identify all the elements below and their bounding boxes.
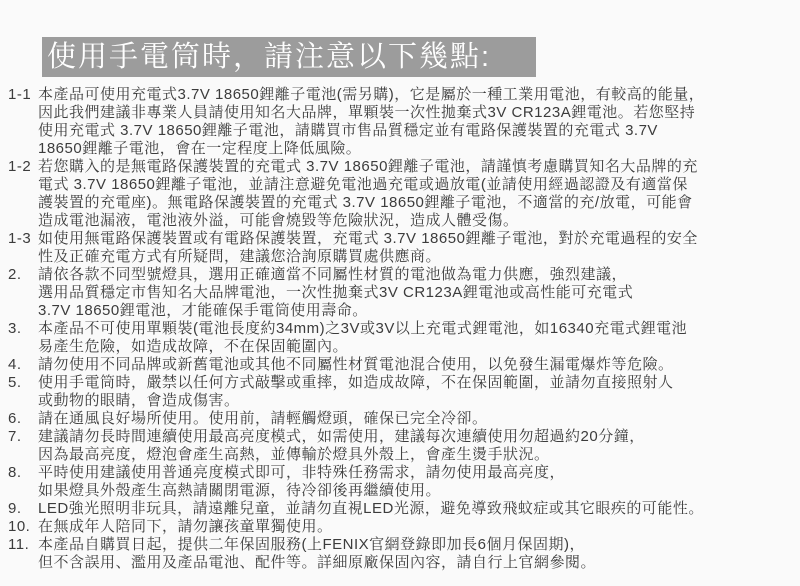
list-item: 11. 本產品自購買日起，提供二年保固服務(上FENIX官網登錄即加長6個月保固…: [0, 536, 800, 572]
list-item-text: 請勿使用不同品牌或新舊電池或其他不同屬性材質電池混合使用，以免發生漏電爆炸等危險…: [38, 356, 800, 374]
list-item: 7. 建議請勿長時間連續使用最高亮度模式，如需使用，建議每次連續使用勿超過約20…: [0, 428, 800, 464]
list-item-number: 7.: [8, 428, 38, 446]
list-item-text: 平時使用建議使用普通亮度模式即可，非特殊任務需求，請勿使用最高亮度， 如果燈具外…: [38, 464, 800, 500]
list-item: 6. 請在通風良好場所使用。使用前，請輕觸燈頭，確保已完全冷卻。: [0, 410, 800, 428]
list-item-number: 2.: [8, 266, 38, 284]
list-item-text: 在無成年人陪同下，請勿讓孩童單獨使用。: [38, 518, 800, 536]
list-item: 3. 本產品不可使用單顆裝(電池長度約34mm)之3V或3V以上充電式鋰電池，如…: [0, 320, 800, 356]
list-item-number: 3.: [8, 320, 38, 338]
list-item-text: 使用手電筒時，嚴禁以任何方式敲擊或重摔，如造成故障，不在保固範圍，並請勿直接照射…: [38, 374, 800, 410]
page-title: 使用手電筒時，請注意以下幾點:: [42, 37, 536, 77]
list-item-text: 若您購入的是無電路保護裝置的充電式 3.7V 18650鋰離子電池，請謹慎考慮購…: [38, 158, 800, 230]
list-item: 1-1 本產品可使用充電式3.7V 18650鋰離子電池(需另購)，它是屬於一種…: [0, 86, 800, 158]
document-page: 使用手電筒時，請注意以下幾點: 1-1 本產品可使用充電式3.7V 18650鋰…: [0, 0, 800, 586]
list-item: 1-2 若您購入的是無電路保護裝置的充電式 3.7V 18650鋰離子電池，請謹…: [0, 158, 800, 230]
list-item-text: 建議請勿長時間連續使用最高亮度模式，如需使用，建議每次連續使用勿超過約20分鐘，…: [38, 428, 800, 464]
list-item: 9. LED強光照明非玩具，請遠離兒童，並請勿直視LED光源，避免導致飛蚊症或其…: [0, 500, 800, 518]
list-item-text: 本產品可使用充電式3.7V 18650鋰離子電池(需另購)，它是屬於一種工業用電…: [38, 86, 800, 158]
list-item-text: 本產品自購買日起，提供二年保固服務(上FENIX官網登錄即加長6個月保固期)， …: [38, 536, 800, 572]
notice-list: 1-1 本產品可使用充電式3.7V 18650鋰離子電池(需另購)，它是屬於一種…: [0, 86, 800, 572]
list-item-text: 請依各款不同型號燈具，選用正確適當不同屬性材質的電池做為電力供應，強烈建議， 選…: [38, 266, 800, 320]
list-item-number: 4.: [8, 356, 38, 374]
list-item-number: 9.: [8, 500, 38, 518]
list-item-number: 11.: [8, 536, 38, 554]
list-item-number: 8.: [8, 464, 38, 482]
list-item-text: 本產品不可使用單顆裝(電池長度約34mm)之3V或3V以上充電式鋰電池，如163…: [38, 320, 800, 356]
list-item-number: 1-1: [8, 86, 38, 104]
list-item: 10. 在無成年人陪同下，請勿讓孩童單獨使用。: [0, 518, 800, 536]
list-item: 2. 請依各款不同型號燈具，選用正確適當不同屬性材質的電池做為電力供應，強烈建議…: [0, 266, 800, 320]
list-item-number: 1-2: [8, 158, 38, 176]
list-item-text: LED強光照明非玩具，請遠離兒童，並請勿直視LED光源，避免導致飛蚊症或其它眼疾…: [38, 500, 800, 518]
list-item: 4. 請勿使用不同品牌或新舊電池或其他不同屬性材質電池混合使用，以免發生漏電爆炸…: [0, 356, 800, 374]
list-item-number: 1-3: [8, 230, 38, 248]
list-item: 1-3 如使用無電路保護裝置或有電路保護裝置，充電式 3.7V 18650鋰離子…: [0, 230, 800, 266]
list-item-text: 如使用無電路保護裝置或有電路保護裝置，充電式 3.7V 18650鋰離子電池，對…: [38, 230, 800, 266]
list-item-number: 6.: [8, 410, 38, 428]
list-item-text: 請在通風良好場所使用。使用前，請輕觸燈頭，確保已完全冷卻。: [38, 410, 800, 428]
list-item-number: 5.: [8, 374, 38, 392]
list-item-number: 10.: [8, 518, 38, 536]
list-item: 8. 平時使用建議使用普通亮度模式即可，非特殊任務需求，請勿使用最高亮度， 如果…: [0, 464, 800, 500]
list-item: 5. 使用手電筒時，嚴禁以任何方式敲擊或重摔，如造成故障，不在保固範圍，並請勿直…: [0, 374, 800, 410]
